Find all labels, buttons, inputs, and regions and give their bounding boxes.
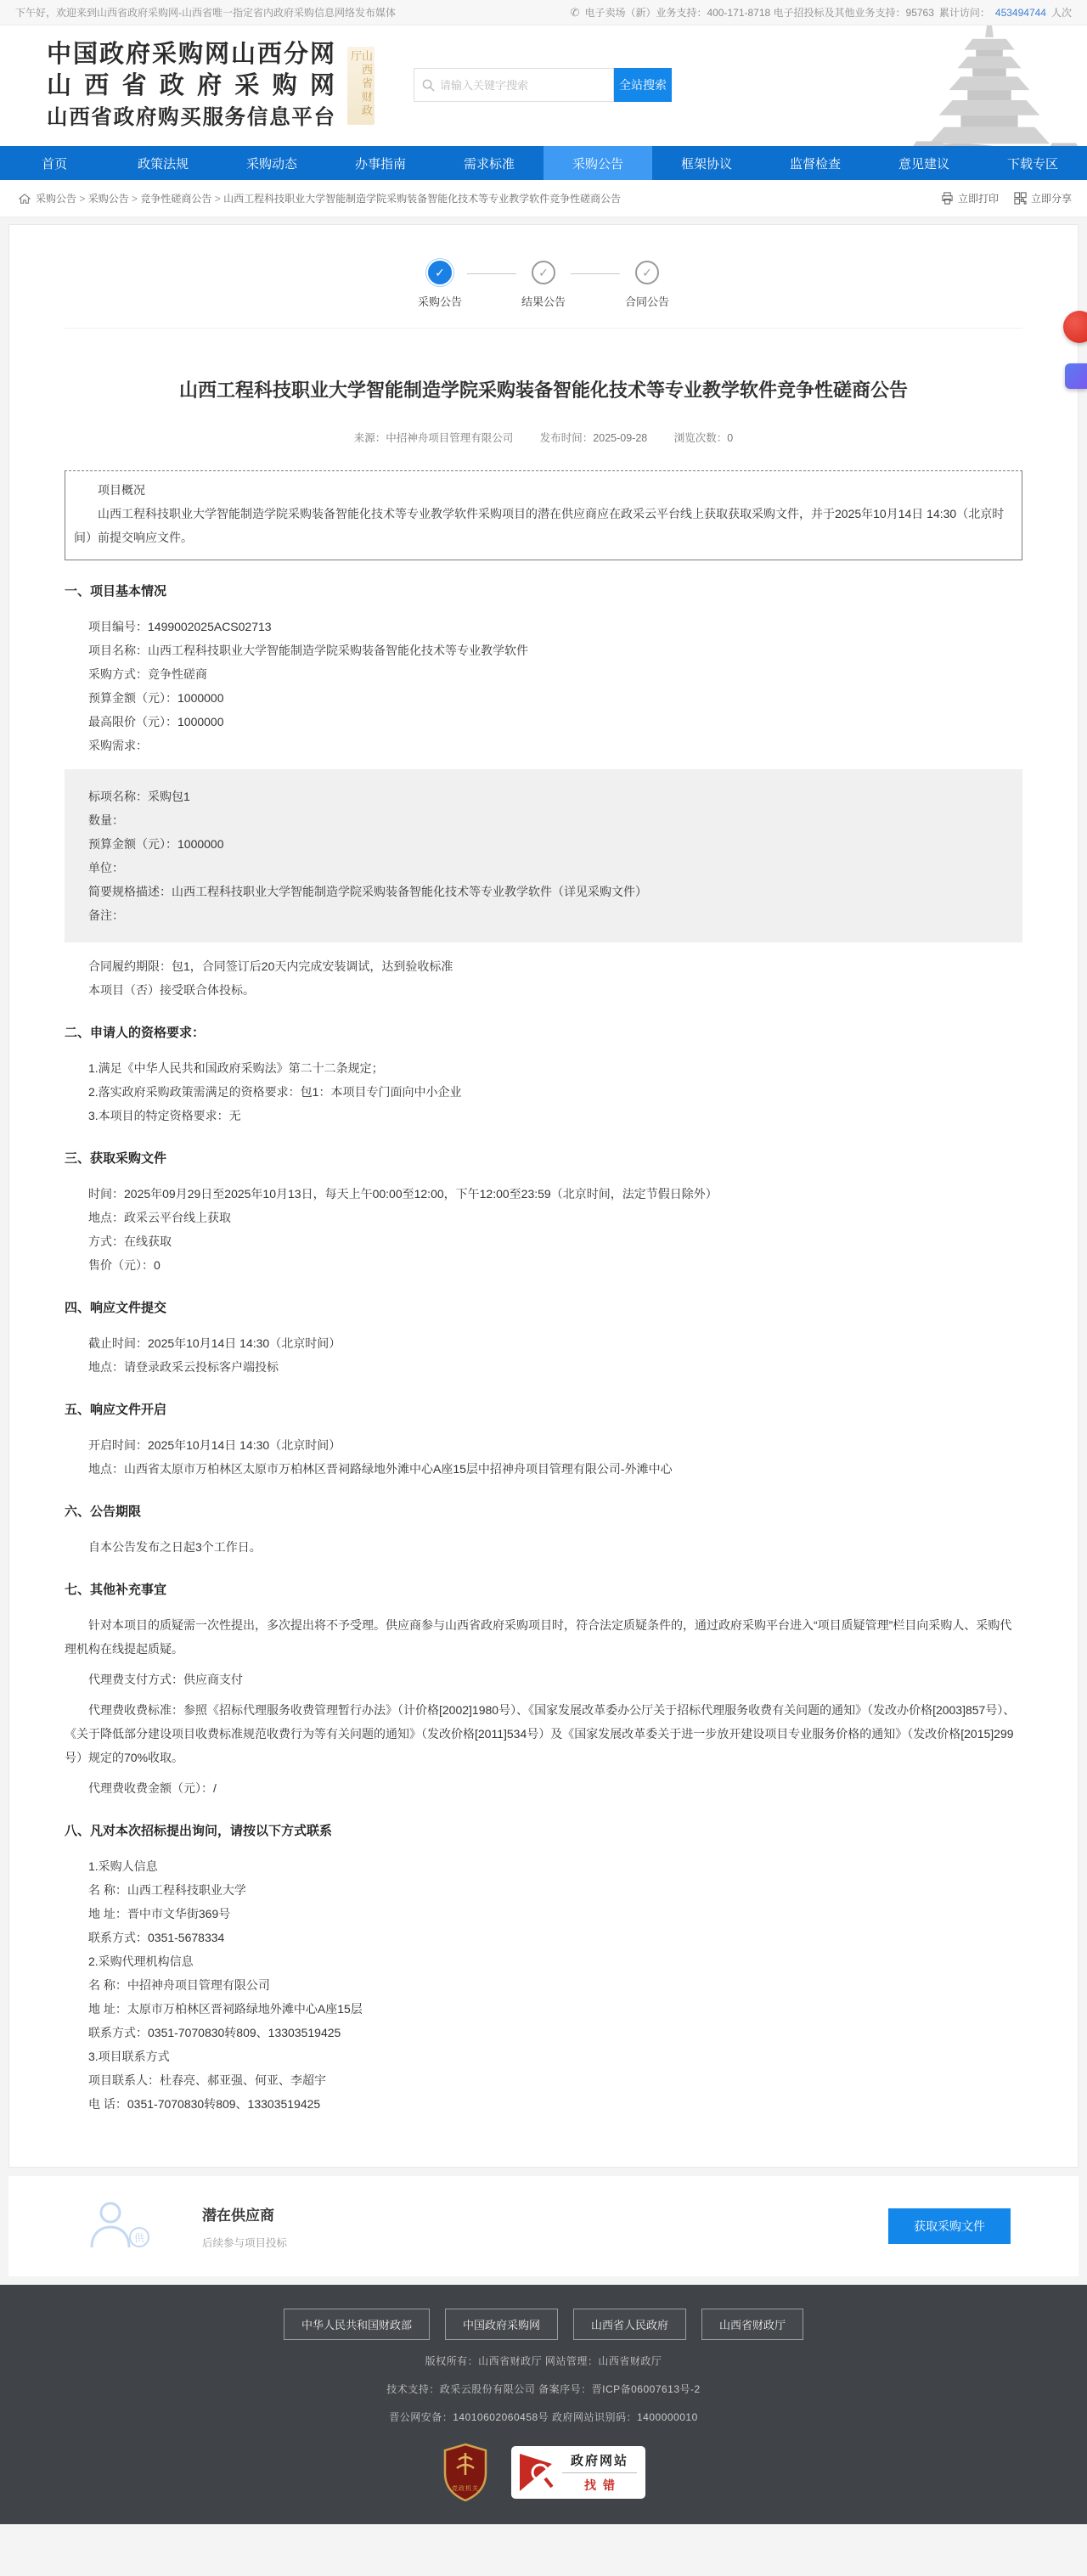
content-block: 一、项目基本情况 (65, 579, 1022, 605)
progress-step[interactable]: 结果公告 (467, 261, 571, 309)
supplier-subtitle: 后续参与项目投标 (202, 2235, 287, 2250)
find-error-badge[interactable]: 政府网站 找错 (511, 2446, 645, 2499)
announcement-card: 采购公告 结果公告 (8, 224, 1079, 2168)
logo-line-3: 山西省政府购买服务信息平台 (47, 102, 335, 133)
nav-item[interactable]: 需求标准 (435, 146, 543, 180)
content-block: 代理费收费标准：参照《招标代理服务收费管理暂行办法》（计价格[2002]1980… (65, 1698, 1022, 1769)
nav-item[interactable]: 意见建议 (870, 146, 978, 180)
content-block: 项目编号：1499002025ACS02713 项目名称：山西工程科技职业大学智… (65, 615, 1022, 757)
visits-unit: 人次 (1051, 5, 1072, 20)
print-button[interactable]: 立即打印 (941, 191, 999, 205)
find-error-line2: 找错 (577, 2477, 622, 2494)
share-label: 立即分享 (1031, 191, 1072, 205)
content-block: 五、响应文件开启 (65, 1398, 1022, 1423)
nav-item-label: 政策法规 (138, 155, 189, 172)
phone-icon (571, 6, 580, 20)
announcement-body: 一、项目基本情况项目编号：1499002025ACS02713 项目名称：山西工… (65, 579, 1022, 2116)
content-block: 开启时间：2025年10月14日 14:30（北京时间） 地点：山西省太原市万柏… (65, 1433, 1022, 1481)
topbar-welcome: 下午好，欢迎来到山西省政府采购网-山西省唯一指定省内政府采购信息网络发布媒体 (15, 5, 396, 20)
shield-label: 党政机关 (442, 2484, 489, 2493)
content-block: 八、凡对本次招标提出询问，请按以下方式联系 (65, 1819, 1022, 1844)
content-block: 代理费收费金额（元）：/ (65, 1776, 1022, 1800)
breadcrumb-bar: 采购公告采购公告竞争性磋商公告山西工程科技职业大学智能制造学院采购装备智能化技术… (0, 180, 1087, 217)
site-search-button[interactable]: 全站搜索 (614, 68, 672, 102)
print-label: 立即打印 (958, 191, 999, 205)
content-block: 四、响应文件提交 (65, 1296, 1022, 1321)
footer-security: 晋公网安备：14010602060458号 政府网站识别码：1400000010 (0, 2410, 1087, 2424)
nav-item-label: 需求标准 (464, 155, 515, 172)
nav-item[interactable]: 框架协议 (652, 146, 761, 180)
nav-item-label: 采购公告 (572, 155, 623, 172)
overview-heading: 项目概况 (74, 478, 1013, 502)
footer-link[interactable]: 中国政府采购网 (445, 2309, 558, 2340)
supplier-title: 潜在供应商 (202, 2203, 287, 2224)
find-error-line1: 政府网站 (571, 2451, 628, 2469)
step-label: 合同公告 (625, 293, 669, 309)
nav-item[interactable]: 监督检查 (761, 146, 870, 180)
logo-line-2: 山西省政府采购网 (47, 70, 335, 102)
nav-item-label: 意见建议 (898, 155, 949, 172)
site-footer: 中华人民共和国财政部中国政府采购网山西省人民政府山西省财政厅 版权所有：山西省财… (0, 2285, 1087, 2524)
nav-item[interactable]: 采购公告 (543, 146, 652, 180)
content-block: 标项名称：采购包1 数量： 预算金额（元）：1000000 单位： 简要规格描述… (65, 769, 1022, 942)
article-views: 浏览次数：0 (674, 432, 733, 444)
content-block: 截止时间：2025年10月14日 14:30（北京时间） 地点：请登录政采云投标… (65, 1331, 1022, 1379)
page-title: 山西工程科技职业大学智能制造学院采购装备智能化技术等专业教学软件竞争性磋商公告 (99, 376, 988, 404)
nav-item-label: 监督检查 (790, 155, 841, 172)
visits-count: 453494744 (995, 7, 1046, 19)
finance-department-seal: 山西省财政厅 (347, 47, 375, 125)
nav-item-label: 办事指南 (355, 155, 406, 172)
breadcrumb: 采购公告采购公告竞争性磋商公告山西工程科技职业大学智能制造学院采购装备智能化技术… (36, 191, 621, 205)
step-connector (571, 273, 620, 274)
footer-copyright: 版权所有：山西省财政厅 网站管理：山西省财政厅 (0, 2354, 1087, 2368)
breadcrumb-item[interactable]: 采购公告 (88, 193, 141, 205)
search-icon (422, 79, 435, 92)
check-circle-icon (635, 261, 659, 284)
content-block: 七、其他补充事宜 (65, 1578, 1022, 1603)
nav-item[interactable]: 采购动态 (217, 146, 326, 180)
search-area: 全站搜索 (414, 68, 672, 102)
search-input[interactable] (414, 69, 613, 101)
topbar: 下午好，欢迎来到山西省政府采购网-山西省唯一指定省内政府采购信息网络发布媒体 电… (0, 0, 1087, 25)
footer-link[interactable]: 中华人民共和国财政部 (284, 2309, 430, 2340)
content-block: 针对本项目的质疑需一次性提出，多次提出将不予受理。供应商参与山西省政府采购项目时… (65, 1613, 1022, 1661)
breadcrumb-item[interactable]: 采购公告 (36, 193, 88, 205)
nav-item-label: 首页 (42, 155, 67, 172)
topbar-support: 电子卖场（新）业务支持：400-171-8718 电子招投标及其他业务支持：95… (584, 5, 933, 20)
check-circle-icon (532, 261, 555, 284)
find-error-icon (518, 2452, 555, 2493)
supplier-badge: 供 (129, 2227, 149, 2247)
breadcrumb-item[interactable]: 山西工程科技职业大学智能制造学院采购装备智能化技术等专业教学软件竞争性磋商公告 (223, 193, 621, 205)
content-block: 自本公告发布之日起3个工作日。 (65, 1535, 1022, 1559)
nav-item[interactable]: 下载专区 (978, 146, 1087, 180)
floating-feedback-button[interactable] (1065, 363, 1087, 389)
nav-item[interactable]: 首页 (0, 146, 109, 180)
nav-item-label: 下载专区 (1007, 155, 1058, 172)
article-meta: 来源：中招神舟项目管理有限公司 发布时间：2025-09-28 浏览次数：0 (65, 430, 1022, 445)
footer-link[interactable]: 山西省财政厅 (701, 2309, 803, 2340)
nav-item-label: 采购动态 (246, 155, 297, 172)
content-block: 合同履约期限：包1，合同签订后20天内完成安装调试，达到验收标准 本项目（否）接… (65, 954, 1022, 1002)
content-block: 1.满足《中华人民共和国政府采购法》第二十二条规定； 2.落实政府采购政策需满足… (65, 1056, 1022, 1128)
content-block: 时间：2025年09月29日至2025年10月13日，每天上午00:00至12:… (65, 1182, 1022, 1277)
article-source: 来源：中招神舟项目管理有限公司 (354, 432, 514, 444)
gov-shield-badge[interactable]: 党政机关 (442, 2443, 489, 2502)
home-icon[interactable] (19, 193, 31, 205)
step-connector (467, 273, 516, 274)
step-label: 采购公告 (418, 293, 462, 309)
content-block: 六、公告期限 (65, 1499, 1022, 1525)
supplier-icon: 供 (85, 2198, 151, 2254)
qr-share-icon (1014, 192, 1027, 205)
article-publish-time: 发布时间：2025-09-28 (540, 432, 647, 444)
progress-steps: 采购公告 结果公告 (65, 225, 1022, 329)
nav-item[interactable]: 政策法规 (109, 146, 217, 180)
content-block: 三、获取采购文件 (65, 1146, 1022, 1172)
supplier-panel: 供 潜在供应商 后续参与项目投标 获取采购文件 (8, 2176, 1079, 2276)
visits-label: 累计访问： (939, 5, 990, 20)
check-circle-icon (428, 261, 452, 284)
site-logo[interactable]: 中国政府采购网山西分网 山西省政府采购网 山西省政府购买服务信息平台 山西省财政… (47, 39, 375, 133)
progress-step[interactable]: 合同公告 (571, 261, 674, 309)
get-procurement-file-button[interactable]: 获取采购文件 (888, 2208, 1011, 2244)
nav-item[interactable]: 办事指南 (326, 146, 435, 180)
page: 下午好，欢迎来到山西省政府采购网-山西省唯一指定省内政府采购信息网络发布媒体 电… (0, 0, 1087, 2524)
nav-item-label: 框架协议 (681, 155, 732, 172)
progress-step[interactable]: 采购公告 (413, 261, 467, 309)
logo-line-1: 中国政府采购网山西分网 (47, 39, 335, 70)
step-label: 结果公告 (521, 293, 566, 309)
divider (562, 2472, 637, 2473)
content-block: 代理费支付方式：供应商支付 (65, 1668, 1022, 1691)
content-block: 二、申请人的资格要求： (65, 1021, 1022, 1046)
site-header: 中国政府采购网山西分网 山西省政府采购网 山西省政府购买服务信息平台 山西省财政… (0, 25, 1087, 146)
share-button[interactable]: 立即分享 (1014, 191, 1072, 205)
printer-icon (941, 192, 954, 205)
overview-body: 山西工程科技职业大学智能制造学院采购装备智能化技术等专业教学软件采购项目的潜在供… (74, 502, 1013, 549)
breadcrumb-item[interactable]: 竞争性磋商公告 (140, 193, 223, 205)
main-nav: 首页 政策法规 采购动态 办事指南 需求标准 采购公告 框架协议 监督检查 意见… (0, 146, 1087, 180)
footer-support: 技术支持：政采云股份有限公司 备案序号：晋ICP备06007613号-2 (0, 2382, 1087, 2396)
footer-link[interactable]: 山西省人民政府 (573, 2309, 686, 2340)
project-overview-box: 项目概况 山西工程科技职业大学智能制造学院采购装备智能化技术等专业教学软件采购项… (65, 470, 1022, 560)
content-block: 1.采购人信息 名 称：山西工程科技职业大学 地 址：晋中市文华街369号 联系… (65, 1854, 1022, 2116)
